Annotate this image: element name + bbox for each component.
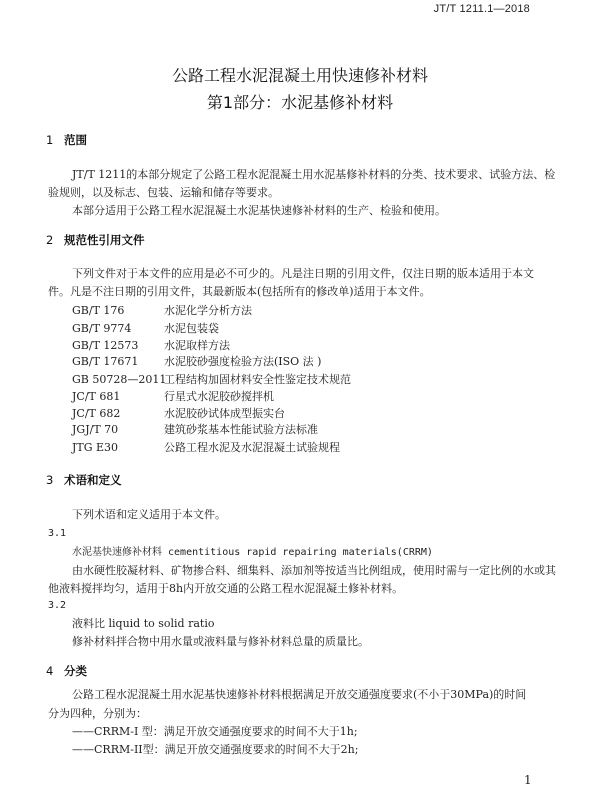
reference-code: GB/T 176 — [72, 304, 164, 317]
section-number: 2 — [46, 233, 64, 247]
section-title: 范围 — [64, 133, 87, 147]
section-title: 规范性引用文件 — [64, 233, 145, 247]
list-item: ——CRRM-I 型：满足开放交通强度要求的时间不大于1h; — [72, 722, 358, 741]
reference-row: JC/T 682水泥胶砂试体成型振实台 — [72, 405, 285, 421]
section-number: 3 — [46, 473, 64, 487]
paragraph: 本部分适用于公路工程水泥混凝土水泥基快速修补材料的生产、检验和使用。 — [72, 201, 446, 220]
title-line-1: 公路工程水泥混凝土用快速修补材料 — [0, 63, 600, 86]
paragraph: 公路工程水泥混凝土用水泥基快速修补材料根据满足开放交通强度要求(不小于30MPa… — [72, 685, 526, 704]
section-3-heading: 3术语和定义 — [46, 472, 122, 488]
title-line-2: 第1部分：水泥基修补材料 — [0, 90, 600, 113]
term-number: 3.1 — [48, 524, 66, 543]
term-definition: 由水硬性胶凝材料、矿物掺合料、细集料、添加剂等按适当比例组成，使用时需与一定比例… — [72, 561, 556, 580]
term-definition: 他液料搅拌均匀，适用于8h内开放交通的公路工程水泥混凝土修补材料。 — [48, 579, 403, 598]
section-4-heading: 4分类 — [46, 663, 87, 679]
page-number: 1 — [524, 773, 532, 787]
section-number: 1 — [46, 133, 64, 147]
reference-title: 水泥包装袋 — [164, 322, 219, 335]
reference-row: JC/T 681行星式水泥胶砂搅拌机 — [72, 388, 274, 404]
term-title: 液料比 liquid to solid ratio — [72, 614, 214, 633]
paragraph: 下列文件对于本文件的应用是必不可少的。凡是注日期的引用文件，仅注日期的版本适用于… — [72, 264, 534, 283]
reference-code: GB/T 17671 — [72, 355, 164, 368]
reference-title: 水泥胶砂强度检验方法(ISO 法 ) — [164, 355, 321, 368]
reference-title: 水泥化学分析方法 — [164, 304, 252, 317]
section-title: 分类 — [64, 664, 87, 678]
list-item: ——CRRM-II型：满足开放交通强度要求的时间不大于2h; — [72, 740, 358, 759]
reference-code: JC/T 681 — [72, 390, 164, 403]
reference-title: 工程结构加固材料安全性鉴定技术规范 — [164, 373, 351, 386]
reference-row: GB/T 9774水泥包装袋 — [72, 320, 219, 336]
reference-code: JC/T 682 — [72, 407, 164, 420]
reference-row: JGJ/T 70建筑砂浆基本性能试验方法标准 — [72, 421, 318, 437]
term-label: 水泥基快速修补材料 cementitious rapid repairing m… — [72, 547, 433, 558]
reference-code: JTG E30 — [72, 441, 164, 454]
reference-title: 公路工程水泥及水泥混凝土试验规程 — [164, 441, 340, 454]
reference-row: GB/T 17671水泥胶砂强度检验方法(ISO 法 ) — [72, 353, 321, 369]
reference-row: GB/T 176水泥化学分析方法 — [72, 302, 252, 318]
term-title: 水泥基快速修补材料 cementitious rapid repairing m… — [72, 542, 433, 562]
paragraph: JT/T 1211的本部分规定了公路工程水泥混凝土用水泥基修补材料的分类、技术要… — [72, 165, 555, 184]
paragraph: 下列术语和定义适用于本文件。 — [72, 505, 226, 524]
paragraph: 件。凡是不注日期的引用文件，其最新版本(包括所有的修改单)适用于本文件。 — [48, 282, 431, 301]
section-title: 术语和定义 — [64, 473, 122, 487]
term-definition: 修补材料拌合物中用水量或液料量与修补材料总量的质量比。 — [72, 632, 369, 651]
reference-code: GB/T 12573 — [72, 339, 164, 352]
reference-title: 建筑砂浆基本性能试验方法标准 — [164, 423, 318, 436]
reference-code: GB 50728—2011 — [72, 373, 164, 386]
term-number: 3.2 — [48, 596, 66, 615]
section-number: 4 — [46, 664, 64, 678]
paragraph: 分为四种，分别为： — [48, 704, 147, 723]
reference-title: 行星式水泥胶砂搅拌机 — [164, 390, 274, 403]
reference-title: 水泥胶砂试体成型振实台 — [164, 407, 285, 420]
reference-code: GB/T 9774 — [72, 322, 164, 335]
reference-row: GB/T 12573水泥取样方法 — [72, 337, 230, 353]
reference-title: 水泥取样方法 — [164, 339, 230, 352]
reference-row: JTG E30公路工程水泥及水泥混凝土试验规程 — [72, 439, 340, 455]
section-1-heading: 1范围 — [46, 132, 87, 148]
reference-code: JGJ/T 70 — [72, 423, 164, 436]
standard-code: JT/T 1211.1—2018 — [434, 3, 530, 15]
paragraph: 验规则，以及标志、包装、运输和储存等要求。 — [48, 183, 279, 202]
section-2-heading: 2规范性引用文件 — [46, 232, 145, 248]
reference-row: GB 50728—2011工程结构加固材料安全性鉴定技术规范 — [72, 371, 351, 387]
